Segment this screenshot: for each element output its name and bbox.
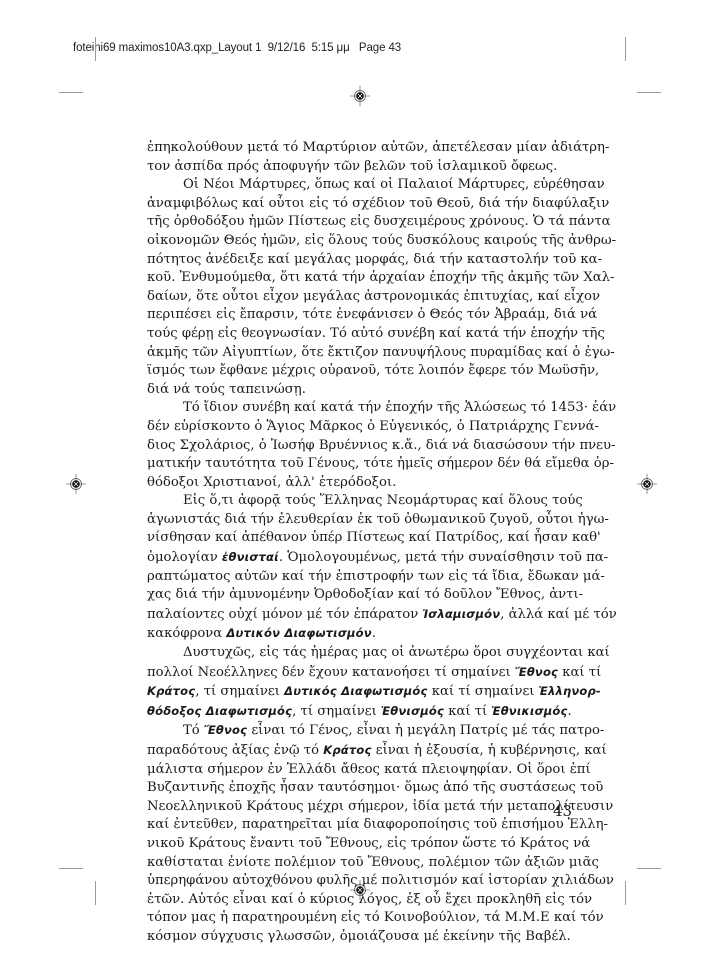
slug-filename: foteini69 maximos10A3.qxp_Layout 1 [73,42,261,54]
slug-date: 9/12/16 [268,42,306,54]
text-line: Βυζαντινῆς ἐποχῆς ἦσαν ταυτόσημοι· ὅμως … [147,779,576,798]
registration-mark-icon [350,86,370,106]
slug-line: foteini69 maximos10A3.qxp_Layout 1 9/12/… [73,42,401,54]
text-line: παλαίοντες οὐχί μόνον μέ τόν ἐπάρατον Ἰσ… [147,605,576,625]
emphasized-term: Ἔθνος [204,723,247,737]
emphasized-term: Ἑλληνορ- [539,684,601,698]
crop-mark-icon [95,37,96,61]
text-line: τον ἀσπίδα πρός ἀποφυγήν τῶν βελῶν τοῦ ἰ… [147,158,576,177]
text-line: ραπτώματος αὐτῶν καί τήν ἐπιστροφήν των … [147,568,576,587]
page-number: 43 [553,802,572,820]
crop-mark-icon [59,92,83,93]
crop-mark-icon [637,92,661,93]
paragraph: Δυστυχῶς, εἰς τάς ἡμέρας μας οἱ ἀνωτέρω … [147,644,576,721]
emphasized-term: Ἰσλαμισμόν [422,607,500,621]
text-line: καί ἐντεῦθεν, παρατηρεῖται μία διαφοροπο… [147,816,576,835]
emphasized-term: Ἐθνικισμός [491,704,567,718]
text-line: κακόφρονα Δυτικόν Διαφωτισμόν. [147,624,576,644]
text-line: Δυστυχῶς, εἰς τάς ἡμέρας μας οἱ ἀνωτέρω … [147,644,576,663]
text-line: ἐτῶν. Αὐτός εἶναι καί ὁ κύριος λόγος, ἐξ… [147,891,576,910]
emphasized-term: Ἐθνισμός [381,704,444,718]
emphasized-term: Κράτος [323,743,371,757]
text-line: μάλιστα σήμερον ἐν Ἑλλάδι ἄθεος κατά πλε… [147,761,576,780]
text-line: Τό Ἔθνος εἶναι τό Γένος, εἶναι ἡ μεγάλη … [147,721,576,741]
text-line: ἀκμῆς τῶν Αἰγυπτίων, ὅτε ἔκτιζον πανυψήλ… [147,344,576,363]
paragraph: Τό ἴδιον συνέβη καί κατά τήν ἐποχήν τῆς … [147,399,576,492]
emphasized-term: Δυτικόν Διαφωτισμόν [226,626,371,640]
slug-time: 5:15 μμ [311,42,349,54]
text-line: ἐπηκολούθουν μετά τό Μαρτύριον αὐτῶν, ἀπ… [147,139,576,158]
crop-mark-icon [637,868,661,869]
text-line: περιπέσει εἰς ἔπαρσιν, τότε ἐνεφάνισεν ὁ… [147,306,576,325]
text-line: διά νά τούς ταπεινώσῃ. [147,381,576,400]
text-line: τόπον μας ἡ παρατηρουμένη εἰς τό Κοινοβο… [147,909,576,928]
text-line: ὁμολογίαν ἐθνισταί. Ὁμολογουμένως, μετά … [147,548,576,568]
paragraph: ἐπηκολούθουν μετά τό Μαρτύριον αὐτῶν, ἀπ… [147,139,576,176]
text-line: ὑπερηφάνου αὐτοχθόνου φυλῆς μέ πολιτισμό… [147,872,576,891]
body-text: ἐπηκολούθουν μετά τό Μαρτύριον αὐτῶν, ἀπ… [147,139,576,947]
text-line: χας διά τήν ἀμυνομένην Ὀρθοδοξίαν καί τό… [147,586,576,605]
text-line: ἀγωνιστάς διά τήν ἐλευθερίαν ἐκ τοῦ ὀθωμ… [147,511,576,530]
text-line: Νεοελληνικοῦ Κράτους μέχρι σήμερον, ἰδία… [147,798,576,817]
text-line: πότητος ἀνέδειξε καί μεγάλας μορφάς, διά… [147,251,576,270]
slug-page-label: Page 43 [359,42,401,54]
text-line: Τό ἴδιον συνέβη καί κατά τήν ἐποχήν τῆς … [147,399,576,418]
text-line: τούς φέρῃ εἰς θεογνωσίαν. Τό αὐτό συνέβη… [147,325,576,344]
crop-mark-icon [59,868,83,869]
text-line: πολλοί Νεοέλληνες δέν ἔχουν κατανοήσει τ… [147,663,576,683]
emphasized-term: Ἔθνος [515,665,558,679]
text-line: δαίων, ὅτε οὗτοι εἶχον μεγάλας ἀστρονομι… [147,288,576,307]
emphasized-term: Δυτικός Διαφωτισμός [284,684,427,698]
text-line: ματικήν ταυτότητα τοῦ Γένους, τότε ἡμεῖς… [147,455,576,474]
text-line: παραδότους ἀξίας ἐνῷ τό Κράτος εἶναι ἡ ἐ… [147,741,576,761]
emphasized-term: ἐθνισταί [222,550,279,564]
text-line: κόσμον σύγχυσις γλωσσῶν, ὁμοιάζουσα μέ ἐ… [147,928,576,947]
text-line: θόδοξος Διαφωτισμός, τί σημαίνει Ἐθνισμό… [147,702,576,722]
paragraph: Εἰς ὅ,τι ἀφορᾷ τούς Ἕλληνας Νεομάρτυρας … [147,492,576,644]
text-line: τῆς ὀρθοδόξου ἡμῶν Πίστεως εἰς δυσχειμέρ… [147,213,576,232]
text-line: νικοῦ Κράτους ἔναντι τοῦ Ἔθνους, εἰς τρό… [147,835,576,854]
paragraph: Οἱ Νέοι Μάρτυρες, ὅπως καί οἱ Παλαιοί Μά… [147,176,576,399]
paragraph: Τό Ἔθνος εἶναι τό Γένος, εἶναι ἡ μεγάλη … [147,721,576,946]
emphasized-term: θόδοξος Διαφωτισμός [147,704,292,718]
text-line: νίσθησαν καί ἀπέθανον ὑπέρ Πίστεως καί Π… [147,529,576,548]
text-line: Οἱ Νέοι Μάρτυρες, ὅπως καί οἱ Παλαιοί Μά… [147,176,576,195]
crop-mark-icon [95,881,96,905]
crop-mark-icon [625,881,626,905]
text-line: ἀναμφιβόλως καί οὗτοι εἰς τό σχέδιον τοῦ… [147,195,576,214]
crop-mark-icon [625,37,626,61]
registration-mark-icon [637,474,657,494]
text-line: κοῦ. Ἐνθυμούμεθα, ὅτι κατά τήν ἀρχαίαν ἐ… [147,269,576,288]
text-line: θόδοξοι Χριστιανοί, ἀλλ' ἑτερόδοξοι. [147,474,576,493]
text-line: οἰκονομῶν Θεός ἡμῶν, εἰς ὅλους τούς δυσκ… [147,232,576,251]
emphasized-term: Κράτος [147,684,195,698]
registration-mark-icon [66,474,86,494]
text-line: Κράτος, τί σημαίνει Δυτικός Διαφωτισμός … [147,682,576,702]
text-line: ϊσμός των ἔφθανε μέχρις οὐρανοῦ, τότε λο… [147,362,576,381]
text-line: Εἰς ὅ,τι ἀφορᾷ τούς Ἕλληνας Νεομάρτυρας … [147,492,576,511]
text-line: καθίσταται ἐνίοτε πολέμιον τοῦ Ἔθνους, π… [147,854,576,873]
text-line: διος Σχολάριος, ὁ Ἰωσήφ Βρυέννιος κ.ἄ., … [147,437,576,456]
text-line: δέν εὑρίσκοντο ὁ Ἅγιος Μᾶρκος ὁ Εὐγενικό… [147,418,576,437]
